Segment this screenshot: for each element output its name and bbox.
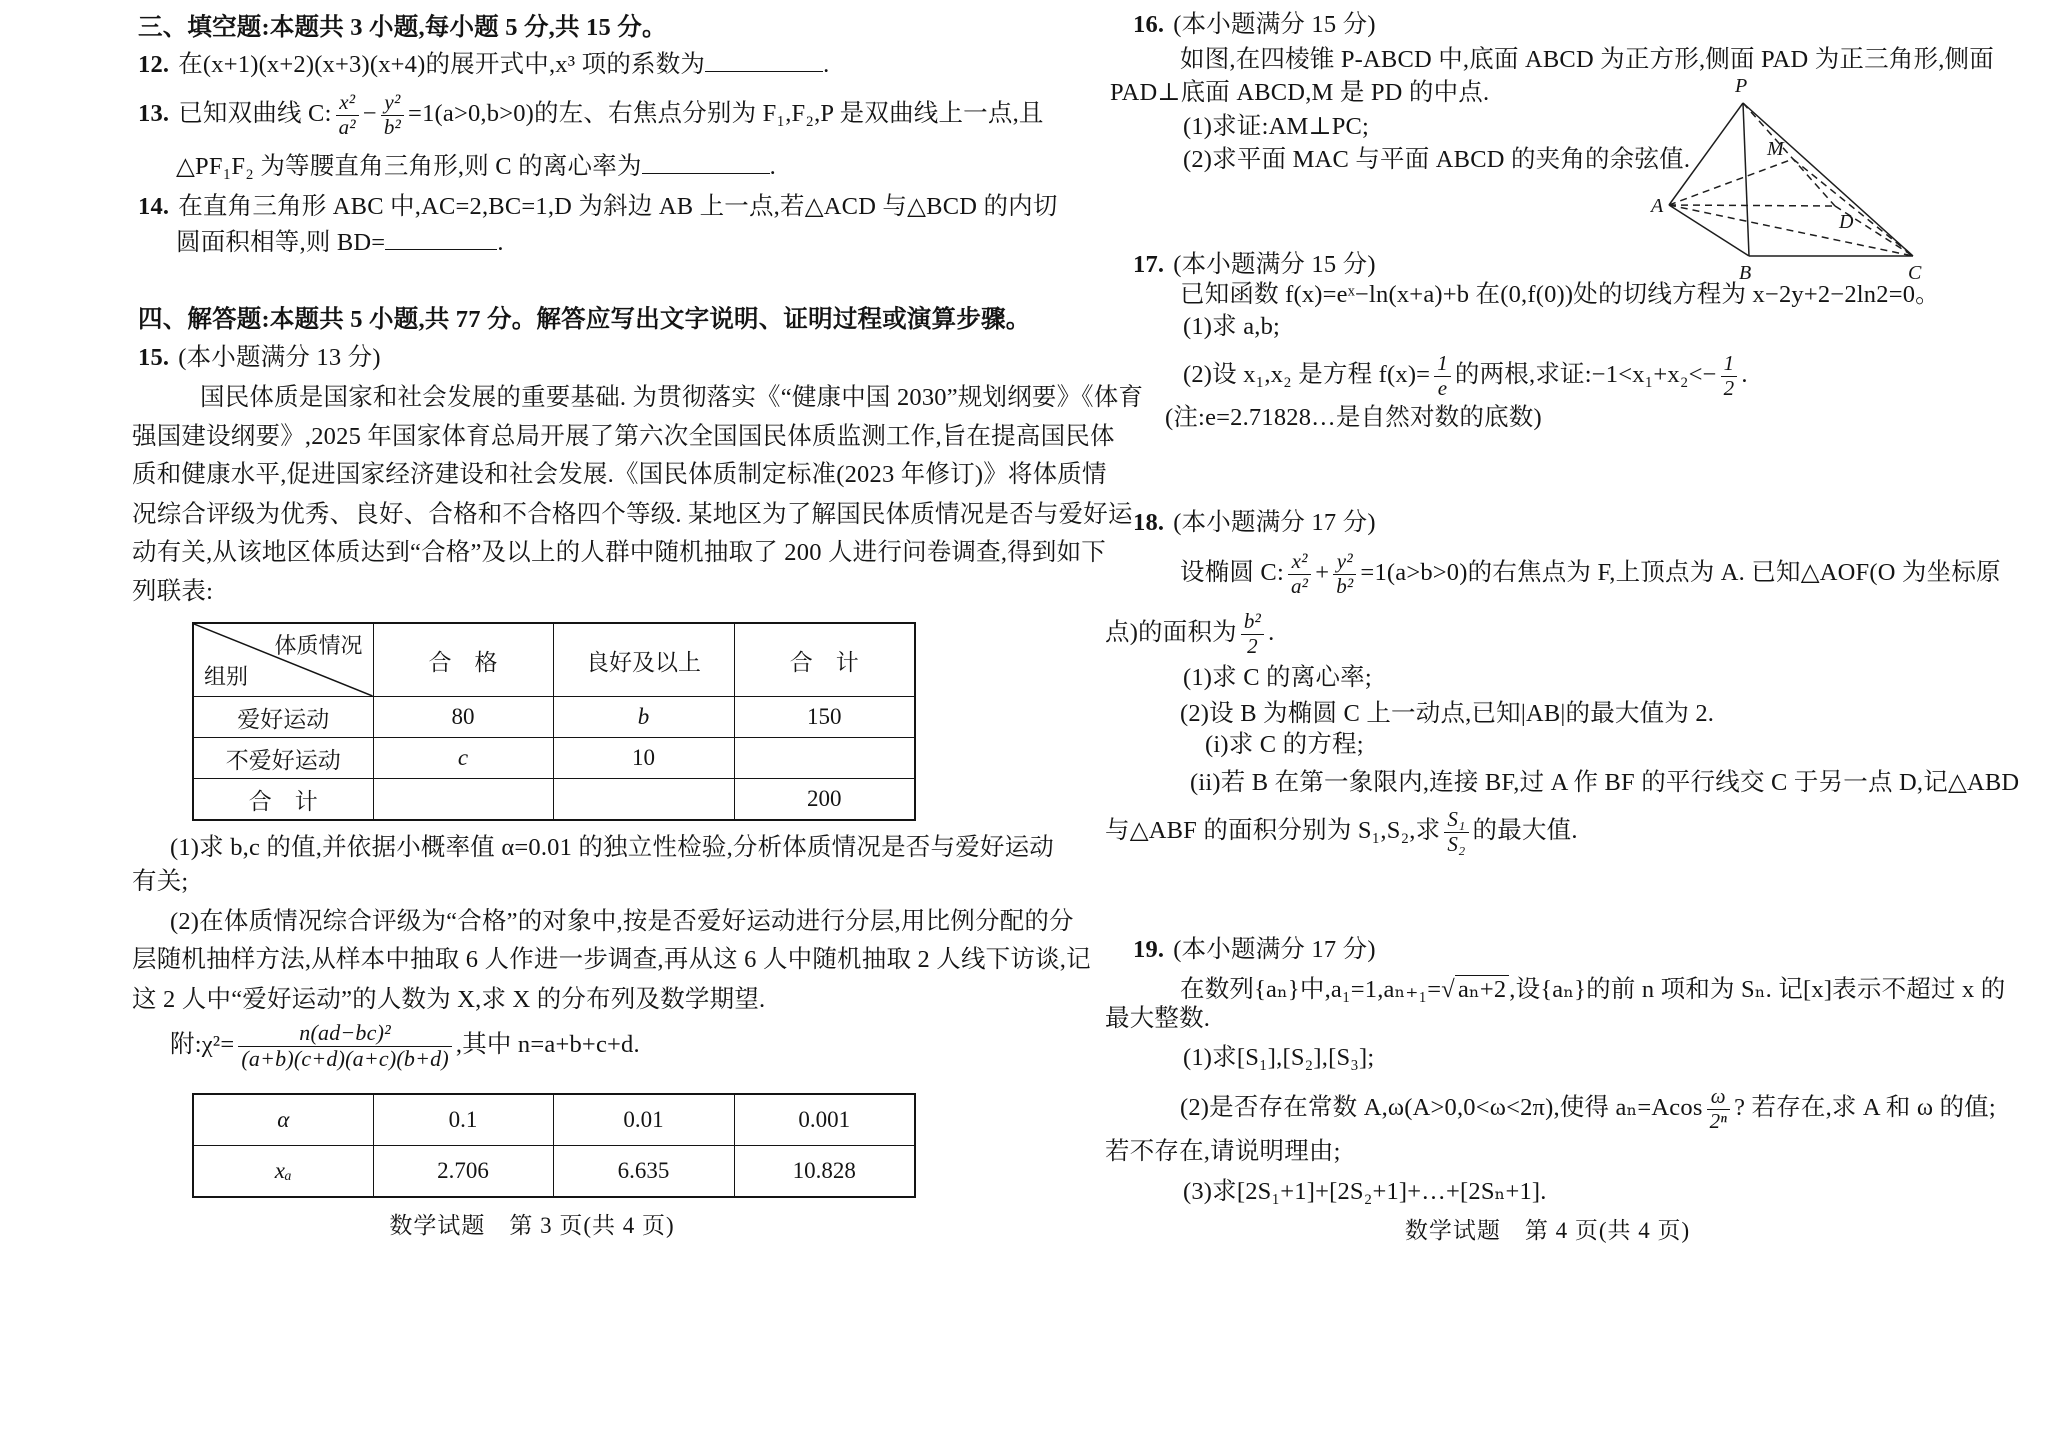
edge-PD-hidden — [1743, 103, 1835, 206]
chi-square-fraction: n(ad−bc)²(a+b)(c+d)(a+c)(b+d) — [238, 1021, 452, 1071]
section-4-title-text: 四、解答题:本题共 5 小题,共 77 分。解答应写出文字说明、证明过程或演算步… — [138, 306, 1030, 333]
page-4: 16.(本小题满分 15 分) 如图,在四棱锥 P-ABCD 中,底面 ABCD… — [1105, 0, 1990, 1448]
sub-question-text: (1)求 b,c 的值,并依据小概率值 α=0.01 的独立性检验,分析体质情况… — [170, 834, 1054, 861]
cell-value: 150 — [734, 697, 915, 738]
question-15-sub1-line-1: (1)求 b,c 的值,并依据小概率值 α=0.01 的独立性检验,分析体质情况… — [170, 828, 1054, 868]
fraction-denominator: 2 — [1721, 377, 1738, 401]
question-18-sub1: (1)求 C 的离心率; — [1183, 658, 1372, 698]
fraction-numerator: ω — [1707, 1085, 1731, 1110]
fraction-numerator: b² — [1241, 610, 1264, 635]
question-14-line-1: 14.在直角三角形 ABC 中,AC=2,BC=1,D 为斜边 AB 上一点,若… — [138, 187, 1058, 227]
question-13-line-2: △PF₁F₂ 为等腰直角三角形,则 C 的离心率为. — [176, 147, 776, 187]
row-label: 不爱好运动 — [193, 738, 373, 779]
paragraph-text: 列联表: — [132, 578, 213, 605]
row-label-x-alpha: xₐ — [193, 1146, 373, 1198]
fraction-omega-over-2n: ω2ⁿ — [1707, 1085, 1731, 1133]
question-17-number: 17. — [1133, 251, 1173, 278]
fraction-numerator: x² — [336, 91, 359, 116]
paragraph-text: 质和健康水平,促进国家经济建设和社会发展.《国民体质制定标准(2023 年修订)… — [132, 461, 1107, 488]
segment-MC-hidden — [1793, 159, 1913, 256]
note-text: (注:e=2.71828…是自然对数的底数) — [1165, 404, 1542, 431]
table-row: xₐ 2.706 6.635 10.828 — [193, 1146, 915, 1198]
sub-question-text: (1)求证:AM⊥PC; — [1183, 113, 1369, 140]
fraction-x2-a2: x²a² — [1288, 550, 1311, 598]
sub-question-text: (ii)若 B 在第一象限内,连接 BF,过 A 作 BF 的平行线交 C 于另… — [1190, 769, 2019, 796]
section-3-title: 三、填空题:本题共 3 小题,每小题 5 分,共 15 分。 — [138, 8, 667, 48]
paragraph-text: 强国建设纲要》,2025 年国家体育总局开展了第六次全国国民体质监测工作,旨在提… — [132, 423, 1115, 450]
question-19-sub2-line-2: 若不存在,请说明理由; — [1105, 1132, 1341, 1172]
question-18-number: 18. — [1133, 509, 1173, 536]
sub-question-text: (3)求[2S₁+1]+[2S₂+1]+…+[2Sₙ+1]. — [1183, 1178, 1547, 1205]
question-15-para-line-2: 强国建设纲要》,2025 年国家体育总局开展了第六次全国国民体质监测工作,旨在提… — [132, 417, 1115, 457]
table-corner-top-label: 体质情况 — [274, 629, 362, 660]
question-text: 在数列{aₙ}中,a₁=1,aₙ₊₁= — [1180, 976, 1441, 1003]
question-12-text: 在(x+1)(x+2)(x+3)(x+4)的展开式中,x³ 项的系数为 — [178, 51, 705, 78]
question-15-para-line-5: 动有关,从该地区体质达到“合格”及以上的人群中随机抽取了 200 人进行问卷调查… — [132, 533, 1106, 573]
sub-question-text: 有关; — [132, 868, 188, 895]
question-13-line-1: 13.已知双曲线 C:x²a²−y²b²=1(a>0,b>0)的左、右焦点分别为… — [138, 83, 1044, 145]
sub-question-text: (2)设 x₁,x₂ 是方程 f(x)= — [1183, 361, 1430, 388]
row-label: 合 计 — [193, 779, 373, 821]
question-17-line-1: 已知函数 f(x)=eˣ−ln(x+a)+b 在(0,f(0))处的切线方程为 … — [1180, 275, 1940, 315]
question-18-sub2-i: (i)求 C 的方程; — [1205, 725, 1364, 765]
plus-sign: + — [1315, 559, 1329, 586]
question-17-sub1: (1)求 a,b; — [1183, 307, 1280, 347]
fraction-b2-over-2: b²2 — [1241, 610, 1264, 658]
sub-question-text: (1)求 a,b; — [1183, 313, 1280, 340]
question-15-para-line-6: 列联表: — [132, 572, 213, 612]
sub-question-text: 与△ABF 的面积分别为 S₁,S₂,求 — [1105, 817, 1440, 844]
question-19-sub2-line-1: (2)是否存在常数 A,ω(A>0,0<ω<2π),使得 aₙ=Acosω2ⁿ?… — [1180, 1076, 1996, 1140]
question-14-text-b: 圆面积相等,则 BD= — [176, 229, 385, 256]
question-16-heading: 16.(本小题满分 15 分) — [1133, 5, 1376, 45]
question-18-line-2: 点)的面积为b²2. — [1105, 601, 1274, 665]
sub-question-text: ? 若存在,求 A 和 ω 的值; — [1734, 1094, 1996, 1121]
cell-value: 10 — [553, 738, 734, 779]
question-text: 设椭圆 C: — [1180, 559, 1284, 586]
question-14-period: . — [497, 229, 503, 256]
sub-question-text: (2)是否存在常数 A,ω(A>0,0<ω<2π),使得 aₙ=Acos — [1180, 1094, 1703, 1121]
sub-question-text: 这 2 人中“爱好运动”的人数为 X,求 X 的分布列及数学期望. — [132, 986, 765, 1013]
cell-value: b — [553, 697, 734, 738]
fraction-x2-a2: x²a² — [336, 91, 359, 139]
critical-value-table: α 0.1 0.01 0.001 xₐ 2.706 6.635 10.828 — [192, 1093, 916, 1198]
question-text: 点)的面积为 — [1105, 619, 1237, 646]
sub-question-text: (2)在体质情况综合评级为“合格”的对象中,按是否爱好运动进行分层,用比例分配的… — [170, 908, 1074, 935]
cell-value: 10.828 — [734, 1146, 915, 1198]
formula-prefix: 附:χ²= — [170, 1031, 234, 1058]
question-14-line-2: 圆面积相等,则 BD=. — [176, 223, 504, 263]
diagonal-AC-hidden — [1669, 205, 1913, 256]
period: . — [1268, 619, 1274, 646]
question-text: ,设{aₙ}的前 n 项和为 Sₙ. 记[x]表示不超过 x 的 — [1509, 976, 2005, 1003]
fraction-numerator: 1 — [1721, 352, 1738, 377]
answer-blank — [385, 223, 497, 250]
question-18-heading: 18.(本小题满分 17 分) — [1133, 503, 1376, 543]
sub-question-text: 层随机抽样方法,从样本中抽取 6 人作进一步调查,再从这 6 人中随机抽取 2 … — [132, 946, 1091, 973]
question-18-score: (本小题满分 17 分) — [1173, 509, 1375, 536]
vertex-label-M: M — [1766, 138, 1785, 160]
edge-AD-hidden — [1669, 205, 1835, 206]
page-4-footer: 数学试题 第 4 页(共 4 页) — [1105, 1212, 1990, 1245]
question-13-text-b: =1(a>0,b>0)的左、右焦点分别为 F₁,F₂,P 是双曲线上一点,且 — [408, 100, 1044, 127]
question-16-sub2: (2)求平面 MAC 与平面 ABCD 的夹角的余弦值. — [1183, 140, 1690, 180]
period: . — [1741, 361, 1747, 388]
fraction-numerator: S₁ — [1444, 808, 1468, 833]
question-19-heading: 19.(本小题满分 17 分) — [1133, 930, 1376, 970]
section-3-title-text: 三、填空题:本题共 3 小题,每小题 5 分,共 15 分。 — [138, 14, 667, 41]
cell-value: 6.635 — [553, 1146, 734, 1198]
fraction-denominator: S₂ — [1444, 833, 1468, 857]
fraction-numerator: y² — [381, 91, 404, 116]
question-15-score: (本小题满分 13 分) — [178, 344, 380, 371]
chi-square-formula: 附:χ²=n(ad−bc)²(a+b)(c+d)(a+c)(b+d),其中 n=… — [170, 1012, 640, 1078]
question-13-text-c: △PF₁F₂ 为等腰直角三角形,则 C 的离心率为 — [176, 153, 642, 180]
question-15-heading: 15.(本小题满分 13 分) — [138, 338, 381, 378]
row-label-alpha: α — [193, 1094, 373, 1146]
fraction-denominator: 2 — [1241, 635, 1264, 659]
fraction-numerator: y² — [1333, 550, 1356, 575]
vertex-label-P: P — [1734, 75, 1747, 97]
paragraph-text: 况综合评级为优秀、良好、合格和不合格四个等级. 某地区为了解国民体质情况是否与爱… — [132, 501, 1133, 528]
sub-question-text: (2)设 B 为椭圆 C 上一动点,已知|AB|的最大值为 2. — [1180, 700, 1714, 727]
table-header-total: 合 计 — [734, 623, 915, 697]
question-text: 最大整数. — [1105, 1005, 1210, 1032]
cell-value — [734, 738, 915, 779]
cell-value — [373, 779, 553, 821]
sub-question-text: (i)求 C 的方程; — [1205, 731, 1364, 758]
answer-blank — [705, 45, 823, 72]
question-19-sub1: (1)求[S₁],[S₂],[S₃]; — [1183, 1038, 1374, 1078]
question-15-sub2-line-2: 层随机抽样方法,从样本中抽取 6 人作进一步调查,再从这 6 人中随机抽取 2 … — [132, 940, 1091, 980]
fraction-denominator: b² — [1333, 575, 1356, 599]
fraction-1-over-e: 1e — [1434, 352, 1451, 400]
cell-value: 0.1 — [373, 1094, 553, 1146]
fraction-denominator: b² — [381, 116, 404, 140]
question-15-para-line-3: 质和健康水平,促进国家经济建设和社会发展.《国民体质制定标准(2023 年修订)… — [132, 455, 1107, 495]
table-row: 合 计 200 — [193, 779, 915, 821]
sub-question-text: (2)求平面 MAC 与平面 ABCD 的夹角的余弦值. — [1183, 146, 1690, 173]
question-12: 12.在(x+1)(x+2)(x+3)(x+4)的展开式中,x³ 项的系数为. — [138, 45, 829, 85]
question-14-number: 14. — [138, 193, 178, 220]
section-4-title: 四、解答题:本题共 5 小题,共 77 分。解答应写出文字说明、证明过程或演算步… — [138, 300, 1030, 340]
answer-blank — [642, 147, 770, 174]
fraction-numerator: x² — [1288, 550, 1311, 575]
table-header-good: 良好及以上 — [553, 623, 734, 697]
fraction-1-over-2: 12 — [1721, 352, 1738, 400]
question-15-para-line-1: 国民体质是国家和社会发展的重要基础. 为贯彻落实《“健康中国 2030”规划纲要… — [200, 378, 1143, 418]
question-19-sub3: (3)求[2S₁+1]+[2S₂+1]+…+[2Sₙ+1]. — [1183, 1172, 1547, 1212]
formula-suffix: ,其中 n=a+b+c+d. — [456, 1031, 640, 1058]
fraction-denominator: (a+b)(c+d)(a+c)(b+d) — [238, 1047, 452, 1072]
page-footer-text: 数学试题 第 3 页(共 4 页) — [389, 1213, 674, 1238]
table-row: 爱好运动 80 b 150 — [193, 697, 915, 738]
cell-value: 200 — [734, 779, 915, 821]
question-18-sub2-ii-line-2: 与△ABF 的面积分别为 S₁,S₂,求S₁S₂的最大值. — [1105, 799, 1578, 863]
question-12-period: . — [823, 51, 829, 78]
cell-value — [553, 779, 734, 821]
square-root-expression: √aₙ+2 — [1441, 975, 1509, 1003]
fraction-denominator: a² — [336, 116, 359, 140]
question-15-number: 15. — [138, 344, 178, 371]
row-label: 爱好运动 — [193, 697, 373, 738]
edge-PA — [1669, 103, 1743, 205]
question-18-line-1: 设椭圆 C:x²a²+y²b²=1(a>b>0)的右焦点为 F,上顶点为 A. … — [1180, 541, 2001, 605]
question-text: PAD⊥底面 ABCD,M 是 PD 的中点. — [1110, 79, 1489, 106]
cell-value: c — [373, 738, 553, 779]
page-3-footer: 数学试题 第 3 页(共 4 页) — [132, 1207, 932, 1240]
question-13-number: 13. — [138, 100, 178, 127]
table-header-pass: 合 格 — [373, 623, 553, 697]
segment-AM-hidden — [1669, 159, 1793, 205]
fraction-denominator: a² — [1288, 575, 1311, 599]
question-17-note: (注:e=2.71828…是自然对数的底数) — [1165, 398, 1542, 438]
cell-value: 80 — [373, 697, 553, 738]
sub-question-text: 的两根,求证:−1<x₁+x₂<− — [1455, 361, 1717, 388]
question-18-sub2-ii-line-1: (ii)若 B 在第一象限内,连接 BF,过 A 作 BF 的平行线交 C 于另… — [1190, 763, 2019, 803]
minus-sign: − — [363, 100, 377, 127]
question-17-score: (本小题满分 15 分) — [1173, 251, 1375, 278]
cell-value: 0.01 — [553, 1094, 734, 1146]
vertex-label-A: A — [1650, 195, 1664, 217]
sub-question-text: 若不存在,请说明理由; — [1105, 1138, 1341, 1165]
question-13-text-a: 已知双曲线 C: — [178, 100, 331, 127]
fraction-denominator: e — [1434, 377, 1451, 401]
paragraph-text: 国民体质是国家和社会发展的重要基础. 为贯彻落实《“健康中国 2030”规划纲要… — [200, 384, 1143, 411]
sub-question-text: (1)求 C 的离心率; — [1183, 664, 1372, 691]
table-row: α 0.1 0.01 0.001 — [193, 1094, 915, 1146]
sub-question-text: (1)求[S₁],[S₂],[S₃]; — [1183, 1044, 1374, 1071]
fraction-y2-b2: y²b² — [1333, 550, 1356, 598]
fraction-numerator: 1 — [1434, 352, 1451, 377]
question-16-score: (本小题满分 15 分) — [1173, 11, 1375, 38]
question-text: =1(a>b>0)的右焦点为 F,上顶点为 A. 已知△AOF(O 为坐标原 — [1360, 559, 2000, 586]
question-16-number: 16. — [1133, 11, 1173, 38]
question-12-number: 12. — [138, 51, 178, 78]
question-15-para-line-4: 况综合评级为优秀、良好、合格和不合格四个等级. 某地区为了解国民体质情况是否与爱… — [132, 495, 1133, 535]
question-14-text-a: 在直角三角形 ABC 中,AC=2,BC=1,D 为斜边 AB 上一点,若△AC… — [178, 193, 1057, 220]
fraction-S1-over-S2: S₁S₂ — [1444, 808, 1468, 856]
table-corner-bottom-label: 组别 — [204, 660, 248, 691]
edge-PC — [1743, 103, 1913, 256]
question-13-period: . — [770, 153, 776, 180]
fraction-numerator: n(ad−bc)² — [238, 1021, 452, 1047]
cell-value: 2.706 — [373, 1146, 553, 1198]
radical-sign: √ — [1441, 976, 1455, 1003]
edge-PB — [1743, 103, 1749, 256]
fraction-y2-b2: y²b² — [381, 91, 404, 139]
sub-question-text: 的最大值. — [1473, 817, 1578, 844]
page-footer-text: 数学试题 第 4 页(共 4 页) — [1405, 1218, 1690, 1243]
question-15-sub1-line-2: 有关; — [132, 862, 188, 902]
contingency-table: 体质情况 组别 合 格 良好及以上 合 计 爱好运动 80 b 150 不爱好运… — [192, 622, 916, 821]
table-row: 不爱好运动 c 10 — [193, 738, 915, 779]
vertex-label-D: D — [1838, 211, 1854, 233]
radicand: aₙ+2 — [1455, 975, 1509, 1003]
question-19-line-1: 在数列{aₙ}中,a₁=1,aₙ₊₁=√aₙ+2,设{aₙ}的前 n 项和为 S… — [1180, 968, 2005, 1012]
question-19-line-2: 最大整数. — [1105, 999, 1210, 1039]
cell-value: 0.001 — [734, 1094, 915, 1146]
question-text: 已知函数 f(x)=eˣ−ln(x+a)+b 在(0,f(0))处的切线方程为 … — [1180, 281, 1940, 308]
question-15-sub2-line-1: (2)在体质情况综合评级为“合格”的对象中,按是否爱好运动进行分层,用比例分配的… — [170, 902, 1074, 942]
question-text: 如图,在四棱锥 P-ABCD 中,底面 ABCD 为正方形,侧面 PAD 为正三… — [1180, 46, 1994, 73]
question-19-score: (本小题满分 17 分) — [1173, 936, 1375, 963]
question-19-number: 19. — [1133, 936, 1173, 963]
table-corner-cell: 体质情况 组别 — [193, 623, 373, 697]
paragraph-text: 动有关,从该地区体质达到“合格”及以上的人群中随机抽取了 200 人进行问卷调查… — [132, 539, 1106, 566]
page-3: 三、填空题:本题共 3 小题,每小题 5 分,共 15 分。 12.在(x+1)… — [132, 0, 932, 1448]
fraction-denominator: 2ⁿ — [1707, 1110, 1731, 1134]
